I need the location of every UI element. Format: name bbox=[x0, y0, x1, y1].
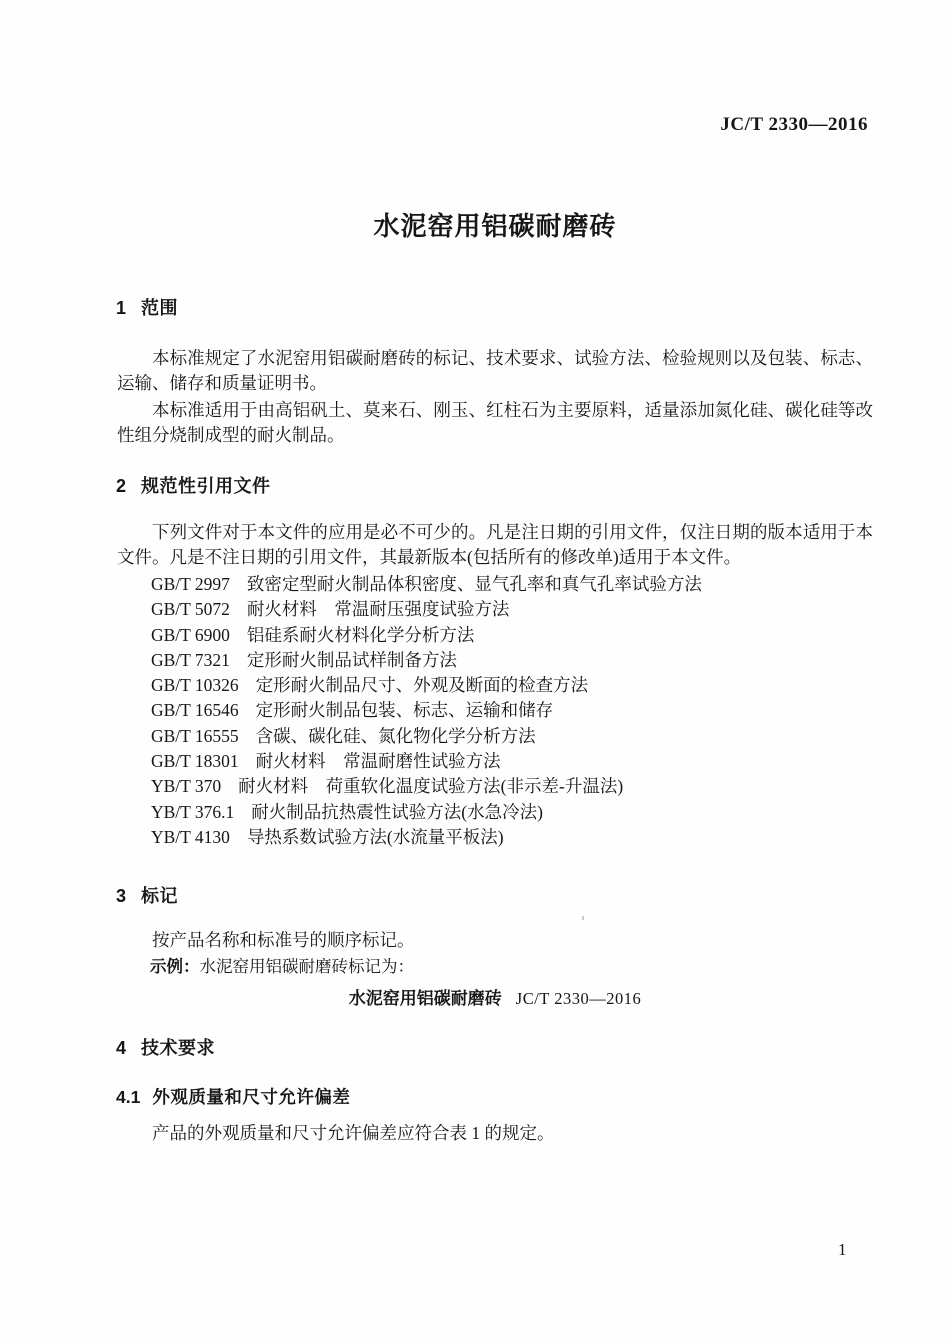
reference-title: 耐火材料 常温耐压强度试验方法 bbox=[247, 599, 510, 619]
section-1-title: 范围 bbox=[141, 298, 178, 318]
reference-title: 定形耐火制品包装、标志、运输和储存 bbox=[256, 700, 554, 720]
reference-title: 耐火材料 常温耐磨性试验方法 bbox=[256, 751, 501, 771]
reference-code: GB/T 10326 bbox=[151, 673, 239, 698]
section-2-heading: 2规范性引用文件 bbox=[116, 472, 271, 498]
section-1-paragraph-1: 本标准规定了水泥窑用铝碳耐磨砖的标记、技术要求、试验方法、检验规则以及包装、标志… bbox=[117, 346, 873, 396]
document-title: 水泥窑用铝碳耐磨砖 bbox=[117, 206, 873, 243]
section-4-number: 4 bbox=[116, 1038, 126, 1059]
reference-item: YB/T 376.1耐火制品抗热震性试验方法(水急冷法) bbox=[151, 800, 702, 825]
reference-code: GB/T 6900 bbox=[151, 623, 230, 648]
section-3-number: 3 bbox=[116, 886, 126, 907]
reference-title: 铝硅系耐火材料化学分析方法 bbox=[247, 625, 475, 645]
reference-title: 导热系数试验方法(水流量平板法) bbox=[247, 827, 504, 847]
reference-code: GB/T 18301 bbox=[151, 749, 239, 774]
reference-item: GB/T 10326定形耐火制品尺寸、外观及断面的检查方法 bbox=[151, 673, 702, 698]
reference-title: 耐火制品抗热震性试验方法(水急冷法) bbox=[251, 802, 543, 822]
scan-artifact bbox=[582, 916, 584, 920]
section-2-title: 规范性引用文件 bbox=[141, 476, 271, 496]
section-4-paragraph-1: 产品的外观质量和尺寸允许偏差应符合表 1 的规定。 bbox=[117, 1121, 873, 1146]
document-page: JC/T 2330—2016 水泥窑用铝碳耐磨砖 1范围 本标准规定了水泥窑用铝… bbox=[0, 0, 950, 1344]
reference-item: YB/T 4130导热系数试验方法(水流量平板法) bbox=[151, 825, 702, 850]
reference-item: GB/T 16555含碳、碳化硅、氮化物化学分析方法 bbox=[151, 724, 702, 749]
reference-list: GB/T 2997致密定型耐火制品体积密度、显气孔率和真气孔率试验方法 GB/T… bbox=[151, 572, 702, 850]
section-1-paragraph-2: 本标准适用于由高铝矾土、莫来石、刚玉、红柱石为主要原料，适量添加氮化硅、碳化硅等… bbox=[117, 398, 873, 448]
reference-item: GB/T 6900铝硅系耐火材料化学分析方法 bbox=[151, 623, 702, 648]
reference-code: YB/T 376.1 bbox=[151, 800, 234, 825]
section-2-number: 2 bbox=[116, 476, 126, 497]
section-4-heading: 4技术要求 bbox=[116, 1034, 215, 1060]
example-text: 水泥窑用铝碳耐磨砖标记为： bbox=[200, 957, 415, 976]
reference-title: 定形耐火制品试样制备方法 bbox=[247, 650, 457, 670]
section-4-title: 技术要求 bbox=[141, 1038, 215, 1058]
reference-item: GB/T 7321定形耐火制品试样制备方法 bbox=[151, 648, 702, 673]
section-3-paragraph-1: 按产品名称和标准号的顺序标记。 bbox=[117, 928, 873, 953]
section-4-1-number: 4.1 bbox=[116, 1087, 140, 1108]
section-4-1-heading: 4.1外观质量和尺寸允许偏差 bbox=[116, 1084, 350, 1109]
standard-code-header: JC/T 2330—2016 bbox=[720, 114, 868, 136]
example-intro-line: 示例：水泥窑用铝碳耐磨砖标记为： bbox=[117, 956, 873, 978]
section-4-1-title: 外观质量和尺寸允许偏差 bbox=[152, 1087, 350, 1107]
reference-code: YB/T 4130 bbox=[151, 825, 230, 850]
reference-title: 耐火材料 荷重软化温度试验方法(非示差-升温法) bbox=[238, 776, 623, 796]
designation-line: 水泥窑用铝碳耐磨砖JC/T 2330—2016 bbox=[117, 984, 873, 1009]
reference-code: GB/T 16555 bbox=[151, 724, 239, 749]
reference-item: YB/T 370耐火材料 荷重软化温度试验方法(非示差-升温法) bbox=[151, 774, 702, 799]
reference-code: YB/T 370 bbox=[151, 774, 221, 799]
section-3-heading: 3标记 bbox=[116, 882, 178, 908]
reference-title: 定形耐火制品尺寸、外观及断面的检查方法 bbox=[256, 675, 589, 695]
example-label: 示例： bbox=[150, 958, 200, 976]
page-number: 1 bbox=[838, 1240, 847, 1260]
section-1-number: 1 bbox=[116, 298, 126, 319]
reference-item: GB/T 5072耐火材料 常温耐压强度试验方法 bbox=[151, 597, 702, 622]
section-3-title: 标记 bbox=[141, 886, 178, 906]
reference-item: GB/T 18301耐火材料 常温耐磨性试验方法 bbox=[151, 749, 702, 774]
section-2-intro: 下列文件对于本文件的应用是必不可少的。凡是注日期的引用文件，仅注日期的版本适用于… bbox=[117, 520, 873, 570]
reference-item: GB/T 16546定形耐火制品包装、标志、运输和储存 bbox=[151, 698, 702, 723]
reference-code: GB/T 5072 bbox=[151, 597, 230, 622]
reference-code: GB/T 7321 bbox=[151, 648, 230, 673]
reference-title: 含碳、碳化硅、氮化物化学分析方法 bbox=[256, 726, 536, 746]
designation-product: 水泥窑用铝碳耐磨砖 bbox=[349, 989, 502, 1008]
section-1-heading: 1范围 bbox=[116, 294, 178, 320]
reference-code: GB/T 2997 bbox=[151, 572, 230, 597]
reference-code: GB/T 16546 bbox=[151, 698, 239, 723]
designation-code: JC/T 2330—2016 bbox=[516, 989, 641, 1008]
reference-title: 致密定型耐火制品体积密度、显气孔率和真气孔率试验方法 bbox=[247, 574, 702, 594]
reference-item: GB/T 2997致密定型耐火制品体积密度、显气孔率和真气孔率试验方法 bbox=[151, 572, 702, 597]
